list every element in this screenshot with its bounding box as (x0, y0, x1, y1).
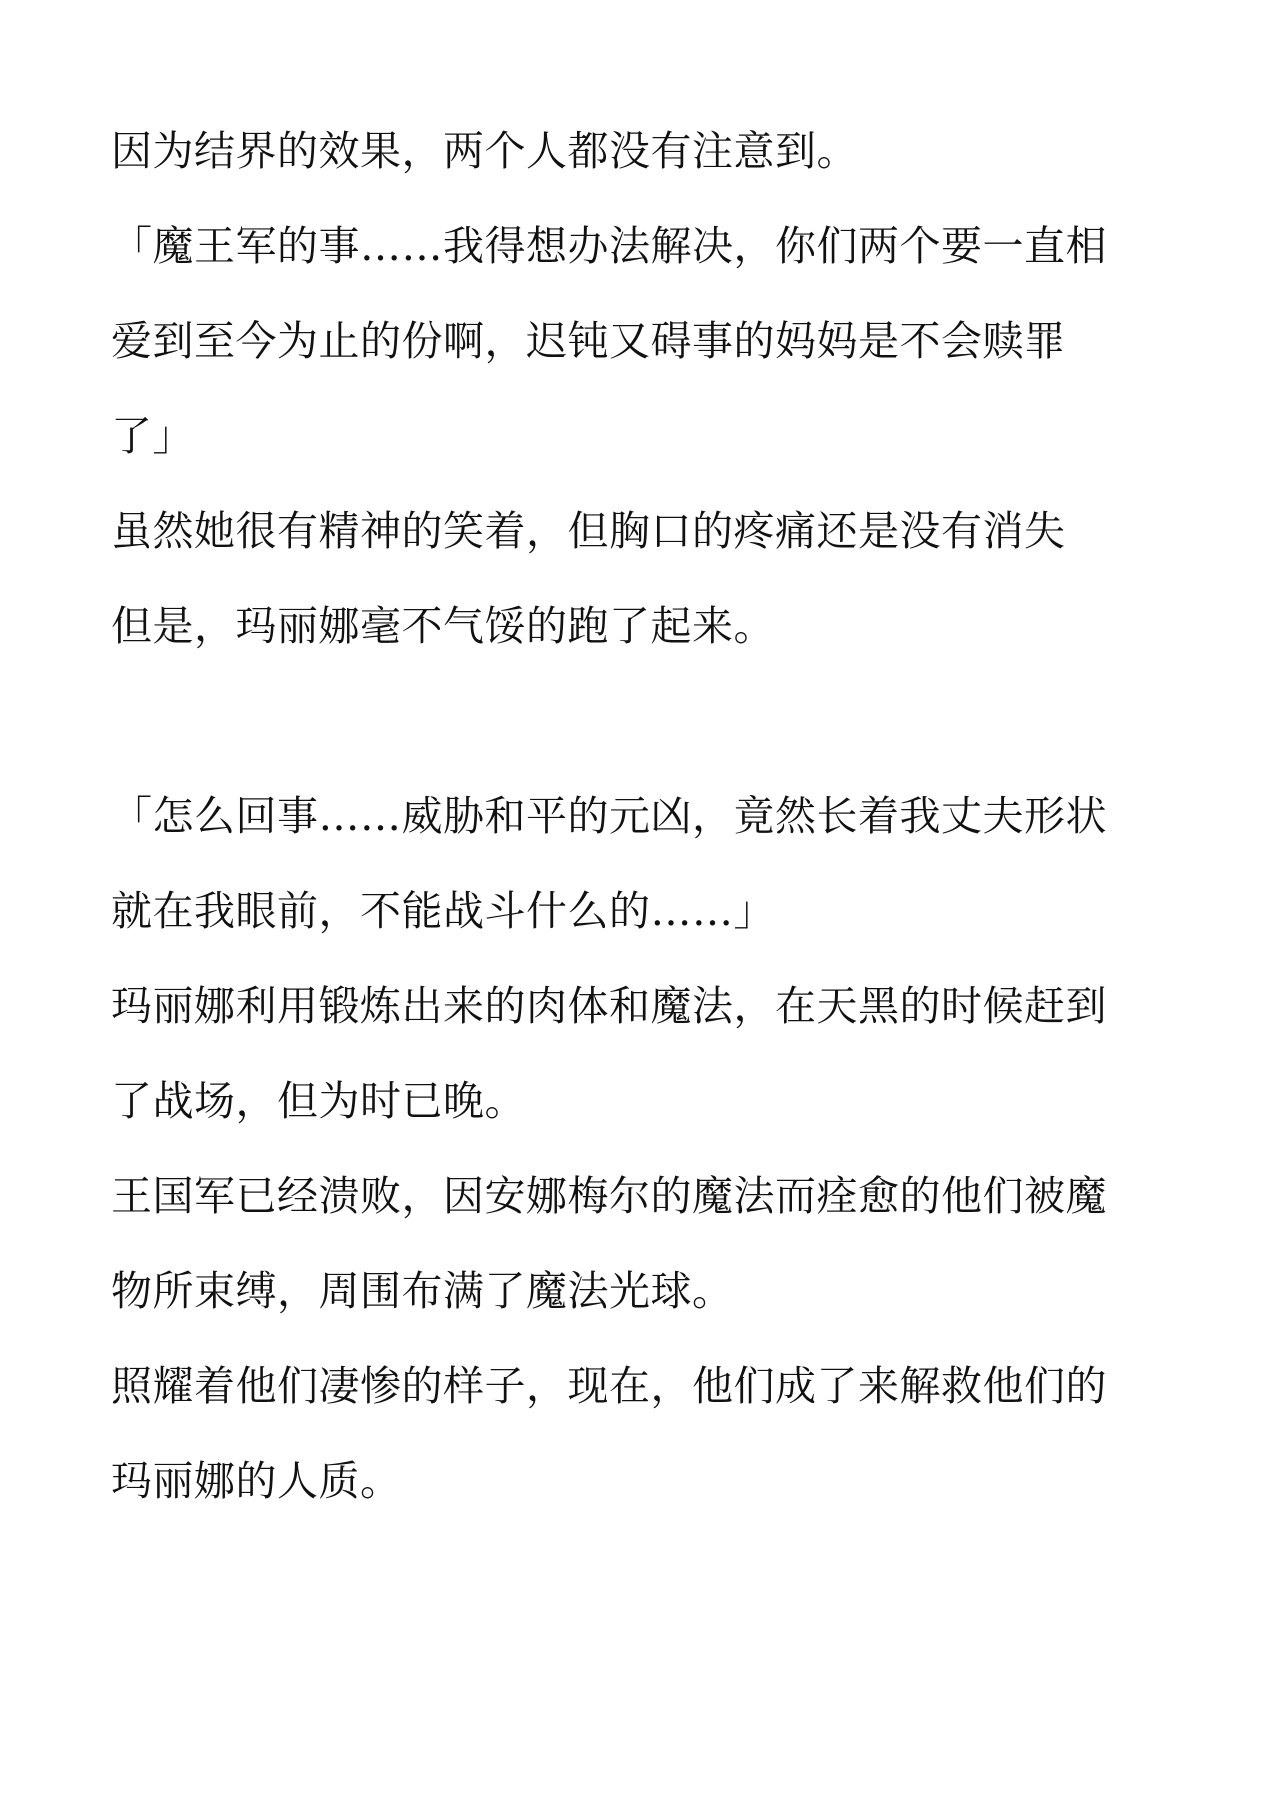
text-line: 但是，玛丽娜毫不气馁的跑了起来。 (111, 579, 1151, 674)
text-line: 物所束缚，周围布满了魔法光球。 (111, 1244, 1151, 1339)
text-line: 爱到至今为止的份啊，迟钝又碍事的妈妈是不会赎罪 (111, 294, 1151, 389)
text-line: 「魔王军的事……我得想办法解决，你们两个要一直相 (111, 199, 1151, 294)
blank-line (111, 674, 1151, 769)
paragraph-dialogue: 「怎么回事……威胁和平的元凶，竟然长着我丈夫形状 就在我眼前，不能战斗什么的……… (111, 769, 1151, 959)
paragraph-dialogue: 「魔王军的事……我得想办法解决，你们两个要一直相 爱到至今为止的份啊，迟钝又碍事… (111, 199, 1151, 484)
text-line: 了」 (111, 389, 1151, 484)
paragraph: 玛丽娜利用锻炼出来的肉体和魔法，在天黑的时候赶到 了战场，但为时已晚。 (111, 959, 1151, 1149)
text-line: 玛丽娜利用锻炼出来的肉体和魔法，在天黑的时候赶到 (111, 959, 1151, 1054)
text-line: 虽然她很有精神的笑着，但胸口的疼痛还是没有消失 (111, 484, 1151, 579)
text-line: 王国军已经溃败，因安娜梅尔的魔法而痊愈的他们被魔 (111, 1149, 1151, 1244)
paragraph: 但是，玛丽娜毫不气馁的跑了起来。 (111, 579, 1151, 674)
text-line: 「怎么回事……威胁和平的元凶，竟然长着我丈夫形状 (111, 769, 1151, 864)
text-line: 了战场，但为时已晚。 (111, 1054, 1151, 1149)
paragraph: 虽然她很有精神的笑着，但胸口的疼痛还是没有消失 (111, 484, 1151, 579)
document-page: 因为结界的效果，两个人都没有注意到。 「魔王军的事……我得想办法解决，你们两个要… (0, 0, 1280, 1816)
text-line: 就在我眼前，不能战斗什么的……」 (111, 864, 1151, 959)
document-body: 因为结界的效果，两个人都没有注意到。 「魔王军的事……我得想办法解决，你们两个要… (111, 104, 1151, 1529)
paragraph: 照耀着他们凄惨的样子，现在，他们成了来解救他们的 玛丽娜的人质。 (111, 1339, 1151, 1529)
paragraph: 因为结界的效果，两个人都没有注意到。 (111, 104, 1151, 199)
paragraph: 王国军已经溃败，因安娜梅尔的魔法而痊愈的他们被魔 物所束缚，周围布满了魔法光球。 (111, 1149, 1151, 1339)
text-line: 照耀着他们凄惨的样子，现在，他们成了来解救他们的 (111, 1339, 1151, 1434)
text-line: 因为结界的效果，两个人都没有注意到。 (111, 104, 1151, 199)
text-line: 玛丽娜的人质。 (111, 1434, 1151, 1529)
